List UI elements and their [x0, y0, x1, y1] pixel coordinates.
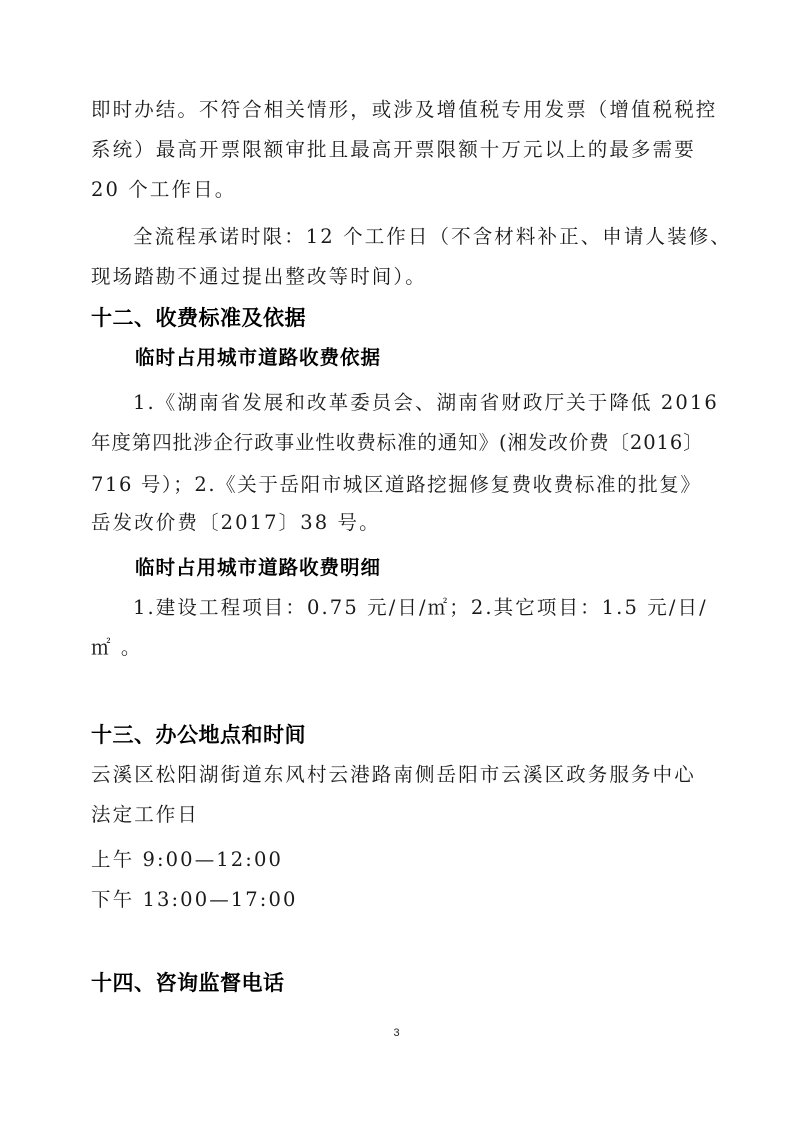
- document-page: 即时办结。不符合相关情形，或涉及增值税专用发票（增值税税控 系统）最高开票限额审…: [0, 0, 793, 1122]
- section-heading-fees: 十二、收费标准及依据: [91, 304, 306, 332]
- fee-basis-text: 年度第四批涉企行政事业性收费标准的通知》(湘发改价费〔2016〕: [91, 430, 711, 456]
- office-hours-morning: 上午 9:00—12:00: [91, 847, 711, 873]
- fee-basis-text: 1.《湖南省发展和改革委员会、湖南省财政厅关于降低 2016: [133, 390, 753, 416]
- office-hours-afternoon: 下午 13:00—17:00: [91, 887, 711, 913]
- office-workdays: 法定工作日: [91, 802, 711, 828]
- fee-basis-text: 岳发改价费〔2017〕38 号。: [91, 510, 711, 536]
- body-text-line: 系统）最高开票限额审批且最高开票限额十万元以上的最多需要: [91, 137, 711, 163]
- body-text-line: 即时办结。不符合相关情形，或涉及增值税专用发票（增值税税控: [91, 97, 711, 123]
- total-time-limit-text: 全流程承诺时限：12 个工作日（不含材料补正、申请人装修、: [133, 224, 753, 250]
- fee-details-text: 1.建设工程项目：0.75 元/日/㎡；2.其它项目：1.5 元/日/: [133, 595, 753, 621]
- body-text-line: 20 个工作日。: [91, 177, 711, 203]
- section-heading-hotline: 十四、咨询监督电话: [91, 969, 285, 997]
- fee-details-text: ㎡ 。: [91, 635, 711, 661]
- subheading-fee-basis: 临时占用城市道路收费依据: [135, 345, 381, 371]
- subheading-fee-details: 临时占用城市道路收费明细: [135, 555, 381, 581]
- total-time-limit-text: 现场踏勘不通过提出整改等时间）。: [91, 264, 711, 290]
- office-address: 云溪区松阳湖街道东风村云港路南侧岳阳市云溪区政务服务中心: [91, 762, 711, 788]
- page-number: 3: [0, 1027, 793, 1039]
- fee-basis-text: 716 号）；2.《关于岳阳市城区道路挖掘修复费收费标准的批复》: [91, 472, 711, 498]
- section-heading-office: 十三、办公地点和时间: [91, 721, 306, 749]
